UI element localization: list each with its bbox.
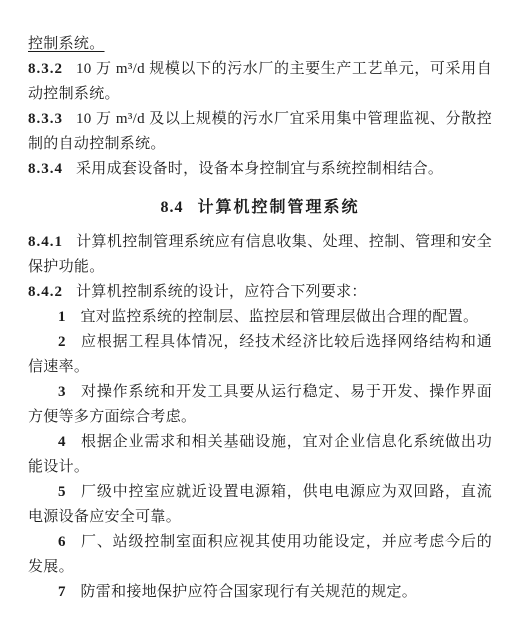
paragraph-8-3-2: 8.3.210 万 m³/d 规模以下的污水厂的主要生产工艺单元，可采用自动控制… — [28, 57, 492, 107]
item-number: 4 — [58, 434, 66, 450]
item-text: 宜对监控系统的控制层、监控层和管理层做出合理的配置。 — [81, 309, 479, 325]
paragraph-8-4-1: 8.4.1计算机控制管理系统应有信息收集、处理、控制、管理和安全保护功能。 — [28, 230, 492, 280]
clause-number: 8.3.2 — [28, 61, 63, 77]
item-text: 根据企业需求和相关基础设施，宜对企业信息化系统做出功能设计。 — [28, 434, 492, 475]
clause-number: 8.4.2 — [28, 284, 63, 300]
clause-number: 8.3.4 — [28, 161, 63, 177]
item-number: 2 — [58, 334, 66, 350]
item-text: 对操作系统和开发工具要从运行稳定、易于开发、操作界面方便等多方面综合考虑。 — [28, 384, 492, 425]
clause-number: 8.3.3 — [28, 111, 63, 127]
clause-text: 10 万 m³/d 规模以下的污水厂的主要生产工艺单元，可采用自动控制系统。 — [28, 61, 492, 102]
clause-number: 8.4.1 — [28, 234, 63, 250]
item-number: 3 — [58, 384, 66, 400]
clause-text: 采用成套设备时，设备本身控制宜与系统控制相结合。 — [76, 161, 443, 177]
list-item-6: 6厂、站级控制室面积应视其使用功能设定，并应考虑今后的发展。 — [28, 530, 492, 580]
section-heading: 8.4计算机控制管理系统 — [28, 195, 492, 220]
list-item-3: 3对操作系统和开发工具要从运行稳定、易于开发、操作界面方便等多方面综合考虑。 — [28, 380, 492, 430]
document-page: { "doc": { "continuation": "控制系统。", "par… — [0, 0, 518, 638]
item-number: 5 — [58, 484, 66, 500]
clause-text: 10 万 m³/d 及以上规模的污水厂宜采用集中管理监视、分散控制的自动控制系统… — [28, 111, 492, 152]
item-number: 1 — [58, 309, 66, 325]
continuation-paragraph: 控制系统。 — [28, 32, 492, 57]
item-text: 防雷和接地保护应符合国家现行有关规范的规定。 — [81, 584, 418, 600]
list-item-5: 5厂级中控室应就近设置电源箱，供电电源应为双回路，直流电源设备应安全可靠。 — [28, 480, 492, 530]
paragraph-8-3-3: 8.3.310 万 m³/d 及以上规模的污水厂宜采用集中管理监视、分散控制的自… — [28, 107, 492, 157]
page-body: 控制系统。 8.3.210 万 m³/d 规模以下的污水厂的主要生产工艺单元，可… — [0, 0, 518, 638]
clause-text: 计算机控制系统的设计，应符合下列要求： — [76, 284, 367, 300]
list-item-4: 4根据企业需求和相关基础设施，宜对企业信息化系统做出功能设计。 — [28, 430, 492, 480]
item-number: 6 — [58, 534, 66, 550]
item-text: 厂级中控室应就近设置电源箱，供电电源应为双回路，直流电源设备应安全可靠。 — [28, 484, 492, 525]
list-item-7: 7防雷和接地保护应符合国家现行有关规范的规定。 — [28, 580, 492, 605]
continuation-text: 控制系统。 — [28, 36, 105, 52]
list-item-1: 1宜对监控系统的控制层、监控层和管理层做出合理的配置。 — [28, 305, 492, 330]
item-text: 应根据工程具体情况，经技术经济比较后选择网络结构和通信速率。 — [28, 334, 492, 375]
item-number: 7 — [58, 584, 66, 600]
paragraph-8-4-2: 8.4.2计算机控制系统的设计，应符合下列要求： — [28, 280, 492, 305]
item-text: 厂、站级控制室面积应视其使用功能设定，并应考虑今后的发展。 — [28, 534, 492, 575]
section-heading-title: 计算机控制管理系统 — [197, 199, 359, 216]
paragraph-8-3-4: 8.3.4采用成套设备时，设备本身控制宜与系统控制相结合。 — [28, 157, 492, 182]
section-heading-number: 8.4 — [160, 199, 183, 216]
clause-text: 计算机控制管理系统应有信息收集、处理、控制、管理和安全保护功能。 — [28, 234, 492, 275]
list-item-2: 2应根据工程具体情况，经技术经济比较后选择网络结构和通信速率。 — [28, 330, 492, 380]
